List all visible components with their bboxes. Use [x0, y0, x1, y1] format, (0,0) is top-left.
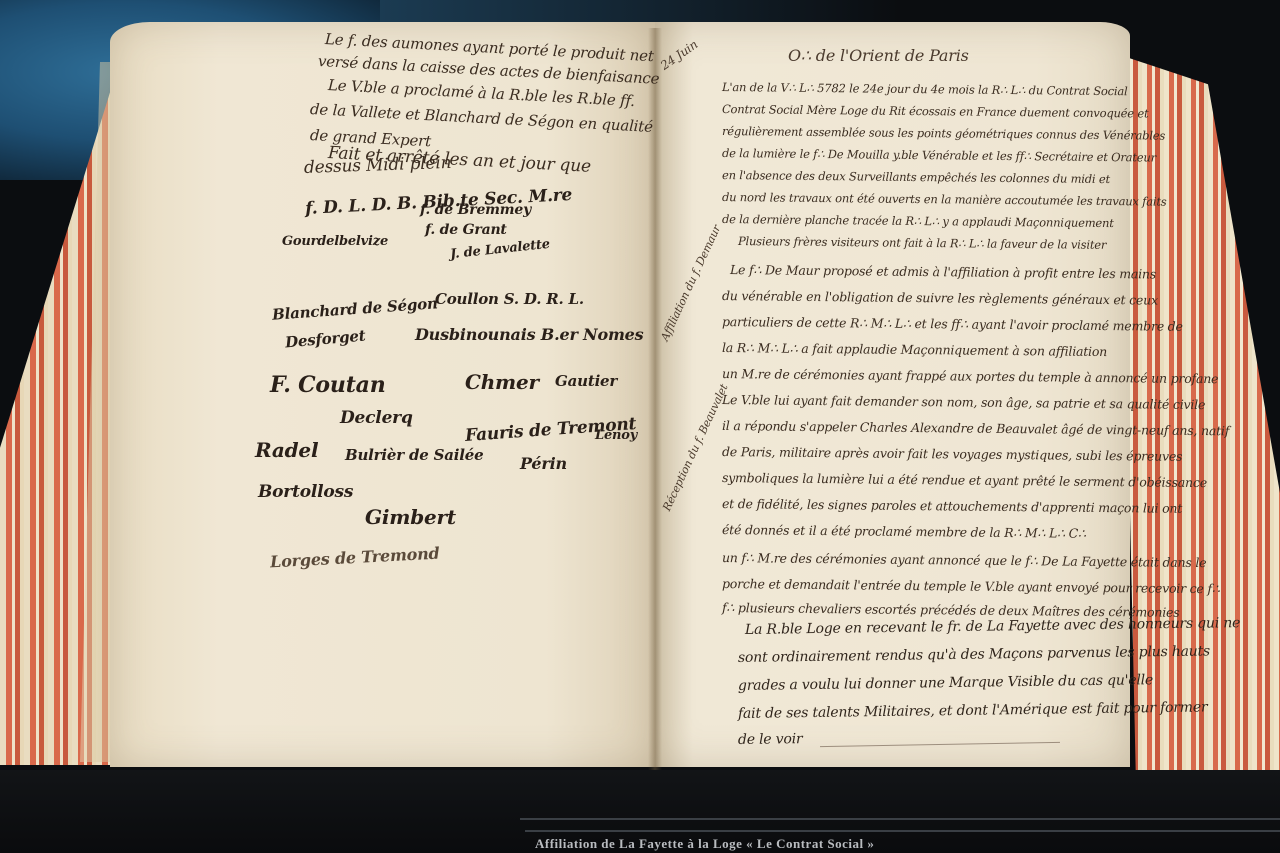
signature: f. de Grant [425, 222, 507, 238]
signature: Coullon S. D. R. L. [435, 290, 584, 308]
signature: Declerq [340, 408, 413, 428]
signature: F. Coutan [270, 372, 386, 398]
book-gutter [648, 28, 662, 773]
right-final-line: de le voir [738, 731, 803, 748]
signature: f. de Bremmey [420, 202, 531, 218]
signature: Lenoy [595, 428, 637, 443]
signature: Chmer [465, 370, 539, 394]
page-heading: O∴ de l'Orient de Paris [788, 46, 969, 65]
signature: Bulrièr de Sailée [345, 446, 483, 464]
case-edge-line [525, 830, 1280, 832]
signature: Dusbinounais B.er Nomes [415, 325, 643, 344]
exhibit-caption: Affiliation de La Fayette à la Loge « Le… [535, 836, 874, 852]
case-edge-line [520, 818, 1280, 820]
signature: Périn [520, 454, 567, 473]
signature: Gourdelbelvize [282, 234, 388, 249]
signature: Radel [255, 438, 318, 462]
signature: Bortolloss [258, 482, 353, 502]
open-manuscript-book: Le f. des aumones ayant porté le produit… [0, 0, 1280, 853]
signature: Gimbert [365, 505, 456, 529]
signature: Gautier [555, 372, 617, 390]
